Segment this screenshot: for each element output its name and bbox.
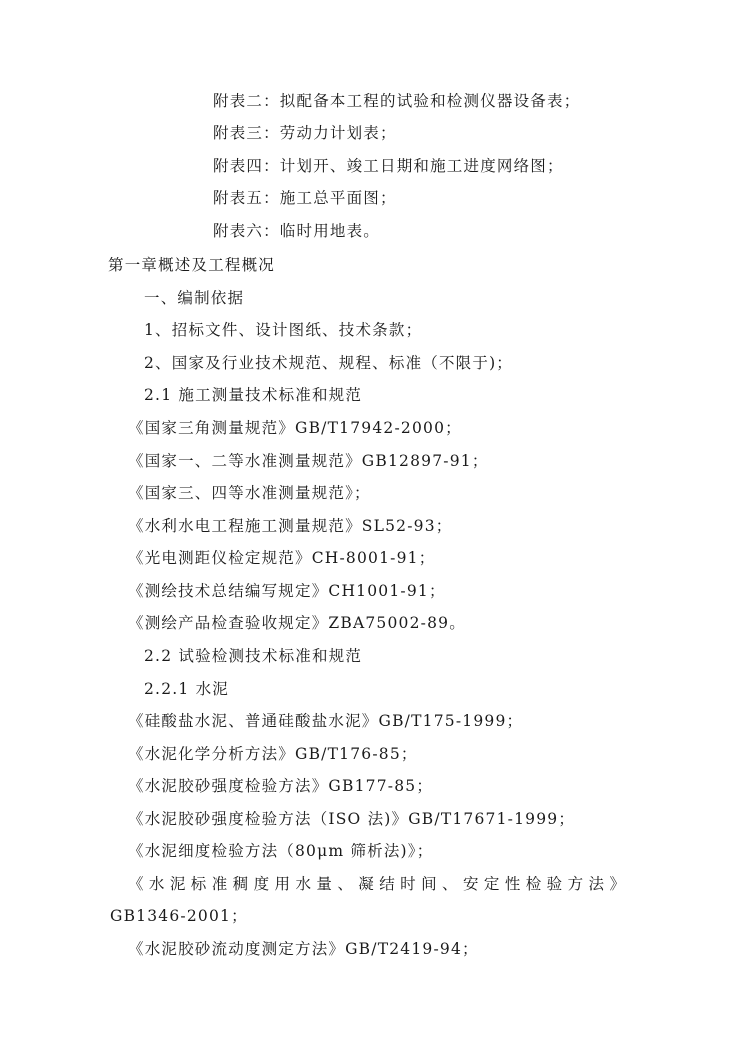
appendix-item: 附表三：劳动力计划表； [213,123,397,143]
subsection-heading: 2.1 施工测量技术标准和规范 [144,385,362,405]
appendix-item: 附表五：施工总平面图； [213,188,397,208]
standard-reference: 《国家一、二等水准测量规范》GB12897-91； [128,451,489,471]
standard-reference: 《光电测距仪检定规范》CH-8001-91； [128,548,435,568]
list-item: 1、招标文件、设计图纸、技术条款； [144,320,422,340]
standard-reference: 《国家三、四等水准测量规范》； [128,483,371,503]
standard-reference: 《测绘技术总结编写规定》CH1001-91； [128,581,446,601]
standard-reference: 《国家三角测量规范》GB/T17942-2000； [128,418,462,438]
standard-reference: 《水泥标准稠度用水量、凝结时间、安定性检验方法》 [128,874,625,894]
standard-reference: 《水泥胶砂流动度测定方法》GB/T2419-94； [128,939,479,959]
standard-reference: 《水泥胶砂强度检验方法（ISO 法)》GB/T17671-1999； [128,809,575,829]
standard-reference: 《水利水电工程施工测量规范》SL52-93； [128,516,453,536]
standard-reference: 《测绘产品检查验收规定》ZBA75002-89。 [128,613,466,633]
subsection-heading: 2.2.1 水泥 [144,679,229,699]
chapter-title: 第一章概述及工程概况 [108,255,275,275]
subsection-heading: 2.2 试验检测技术标准和规范 [144,646,362,666]
appendix-item: 附表二：拟配备本工程的试验和检测仪器设备表； [213,91,580,111]
list-item: 2、国家及行业技术规范、规程、标准（不限于)； [144,353,513,373]
appendix-item: 附表六：临时用地表。 [213,221,380,241]
standard-reference-continuation: GB1346-2001； [110,906,248,926]
standard-reference: 《硅酸盐水泥、普通硅酸盐水泥》GB/T175-1999； [128,711,523,731]
standard-reference: 《水泥细度检验方法（80μm 筛析法)》； [128,841,433,861]
standard-reference: 《水泥胶砂强度检验方法》GB177-85； [128,776,433,796]
standard-reference: 《水泥化学分析方法》GB/T176-85； [128,744,418,764]
section-heading: 一、编制依据 [144,288,244,308]
appendix-item: 附表四：计划开、竣工日期和施工进度网络图； [213,156,564,176]
